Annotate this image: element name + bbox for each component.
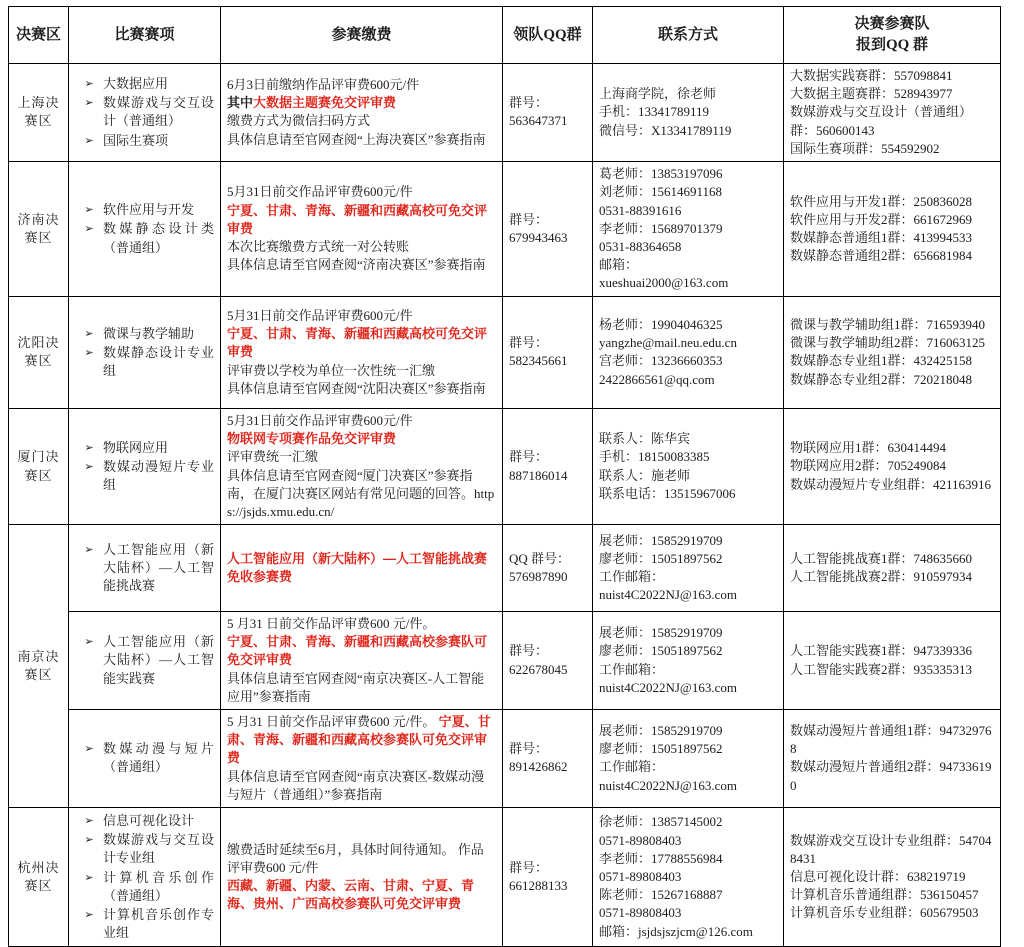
fee-text: 评审费以学校为单位一次性统一汇缴 bbox=[227, 363, 435, 378]
registration-groups-cell: 人工智能实践赛1群：947339336人工智能实践赛2群：935335313 bbox=[784, 612, 1001, 710]
arrow-bullet-icon: ➢ bbox=[75, 740, 103, 758]
text-line: 上海商学院，徐老师 bbox=[599, 85, 777, 103]
text-line: 国际生赛项群：554592902 bbox=[790, 140, 994, 158]
event-item: ➢数媒游戏与交互设计专业组 bbox=[75, 831, 214, 867]
event-item: ➢微课与教学辅助 bbox=[75, 325, 214, 343]
qq-group-cell: 群号：582345661 bbox=[503, 296, 593, 408]
fee-paragraph: 5 月31 日前交作品评审费600 元/件。 bbox=[227, 615, 496, 633]
table-row: 上海决赛区➢大数据应用➢数媒游戏与交互设计（普通组）➢国际生赛项6月3日前缴纳作… bbox=[9, 64, 1001, 162]
fee-paragraph: 宁夏、甘肃、青海、新疆和西藏高校参赛队可免交评审费 bbox=[227, 633, 496, 669]
event-label: 物联网应用 bbox=[103, 439, 214, 457]
arrow-bullet-icon: ➢ bbox=[75, 831, 103, 849]
text-line: 计算机音乐专业组群：605679503 bbox=[790, 904, 994, 922]
text-line: 群号： bbox=[509, 448, 586, 466]
arrow-bullet-icon: ➢ bbox=[75, 94, 103, 112]
fee-highlight-text: 西藏、新疆、内蒙、云南、甘肃、宁夏、青海、贵州、广西高校参赛队可免交评审费 bbox=[227, 878, 474, 911]
fee-text: 评审费统一汇缴 bbox=[227, 449, 318, 464]
arrow-bullet-icon: ➢ bbox=[75, 325, 103, 343]
fee-text: 其中 bbox=[227, 95, 253, 110]
fee-cell: 人工智能应用（新大陆杯）—人工智能挑战赛免收参赛费 bbox=[221, 525, 503, 612]
col-header-qq: 领队QQ群 bbox=[503, 7, 593, 64]
text-line: 679943463 bbox=[509, 229, 586, 247]
text-line: yangzhe@mail.neu.edu.cn bbox=[599, 334, 777, 352]
fee-text: 5 月31 日前交作品评审费600 元/件。 bbox=[227, 714, 439, 729]
text-line: 刘老师：15614691168 bbox=[599, 183, 777, 201]
fee-text: 5月31日前交作品评审费600元/件 bbox=[227, 413, 413, 428]
text-line: 工作邮箱： bbox=[599, 661, 777, 679]
text-line: nuist4C2022NJ@163.com bbox=[599, 777, 777, 795]
registration-groups-cell: 微课与教学辅助组1群：716593940微课与教学辅助组2群：716063125… bbox=[784, 296, 1001, 408]
fee-paragraph: 缴费方式为微信扫码方式 bbox=[227, 112, 496, 130]
qq-group-cell: 群号：891426862 bbox=[503, 710, 593, 808]
text-line: 信息可视化设计群：638219719 bbox=[790, 868, 994, 886]
text-line: 891426862 bbox=[509, 758, 586, 776]
text-line: 邮箱： bbox=[599, 256, 777, 274]
header-row: 决赛区 比赛赛项 参赛缴费 领队QQ群 联系方式 决赛参赛队 报到QQ 群 bbox=[9, 7, 1001, 64]
fee-paragraph: 具体信息请至官网查阅“厦门决赛区”参赛指南，在厦门决赛区网站有常见问题的回答。h… bbox=[227, 467, 496, 522]
event-label: 信息可视化设计 bbox=[103, 812, 214, 830]
fee-paragraph: 5月31日前交作品评审费600元/件 bbox=[227, 307, 496, 325]
text-line: 大数据主题赛群：528943977 bbox=[790, 85, 994, 103]
event-item: ➢数媒游戏与交互设计（普通组） bbox=[75, 94, 214, 130]
text-line: 数媒动漫短片普通组2群：947336190 bbox=[790, 758, 994, 794]
qq-group-cell: QQ 群号：576987890 bbox=[503, 525, 593, 612]
qq-group-cell: 群号：622678045 bbox=[503, 612, 593, 710]
fee-text: 本次比赛缴费方式统一对公转账 bbox=[227, 239, 409, 254]
fee-paragraph: 5月31日前交作品评审费600元/件 bbox=[227, 183, 496, 201]
events-cell: ➢大数据应用➢数媒游戏与交互设计（普通组）➢国际生赛项 bbox=[69, 64, 221, 162]
fee-cell: 6月3日前缴纳作品评审费600元/件其中大数据主题赛免交评审费缴费方式为微信扫码… bbox=[221, 64, 503, 162]
fee-paragraph: 西藏、新疆、内蒙、云南、甘肃、宁夏、青海、贵州、广西高校参赛队可免交评审费 bbox=[227, 877, 496, 913]
text-line: 887186014 bbox=[509, 467, 586, 485]
fee-cell: 缴费适时延续至6月，具体时间待通知。 作品评审费600 元/件西藏、新疆、内蒙、… bbox=[221, 807, 503, 935]
fee-paragraph: 宁夏、甘肃、青海、新疆和西藏高校可免交评审费 bbox=[227, 325, 496, 361]
event-label: 人工智能应用（新大陆杯）—人工智能实践赛 bbox=[103, 633, 214, 688]
text-line: 廖老师：15051897562 bbox=[599, 550, 777, 568]
text-line: 物联网应用2群：705249084 bbox=[790, 457, 994, 475]
fee-text: 5月31日前交作品评审费600元/件 bbox=[227, 184, 413, 199]
text-line: 563647371 bbox=[509, 112, 586, 130]
registration-groups-cell: 数媒游戏交互设计专业组群：547048431信息可视化设计群：638219719… bbox=[784, 807, 1001, 935]
document-sheet: 决赛区 比赛赛项 参赛缴费 领队QQ群 联系方式 决赛参赛队 报到QQ 群 上海… bbox=[8, 6, 1001, 935]
text-line: 廖老师：15051897562 bbox=[599, 642, 777, 660]
fee-cell: 5月31日前交作品评审费600元/件宁夏、甘肃、青海、新疆和西藏高校可免交评审费… bbox=[221, 296, 503, 408]
arrow-bullet-icon: ➢ bbox=[75, 633, 103, 651]
fee-text: 具体信息请至官网查阅“济南决赛区”参赛指南 bbox=[227, 257, 486, 272]
col-header-groups: 决赛参赛队 报到QQ 群 bbox=[784, 7, 1001, 64]
text-line: 576987890 bbox=[509, 568, 586, 586]
fee-highlight-text: 人工智能应用（新大陆杯）—人工智能挑战赛免收参赛费 bbox=[227, 551, 487, 584]
fee-paragraph: 本次比赛缴费方式统一对公转账 bbox=[227, 238, 496, 256]
registration-groups-cell: 大数据实践赛群：557098841大数据主题赛群：528943977数媒游戏与交… bbox=[784, 64, 1001, 162]
text-line: 李老师：15689701379 bbox=[599, 220, 777, 238]
event-label: 数媒动漫短片专业组 bbox=[103, 458, 214, 494]
text-line: 群号： bbox=[509, 740, 586, 758]
text-line: 0531-88391616 bbox=[599, 202, 777, 220]
fee-text: 缴费方式为微信扫码方式 bbox=[227, 113, 370, 128]
text-line: 群号： bbox=[509, 859, 586, 877]
fee-highlight-text: 宁夏、甘肃、青海、新疆和西藏高校可免交评审费 bbox=[227, 203, 487, 236]
table-row: 杭州决赛区➢信息可视化设计➢数媒游戏与交互设计专业组➢计算机音乐创作（普通组）➢… bbox=[9, 807, 1001, 935]
text-line: 2422866561@qq.com bbox=[599, 371, 777, 389]
text-line: 数媒静态普通组1群：413994533 bbox=[790, 229, 994, 247]
contact-cell: 展老师：15852919709廖老师：15051897562工作邮箱：nuist… bbox=[593, 612, 784, 710]
event-item: ➢数媒静态设计专业组 bbox=[75, 344, 214, 380]
text-line: 数媒游戏与交互设计（普通组）群：560600143 bbox=[790, 103, 994, 139]
event-item: ➢数媒动漫与短片（普通组） bbox=[75, 740, 214, 776]
text-line: 群号： bbox=[509, 94, 586, 112]
text-line: 数媒动漫短片专业组群：421163916 bbox=[790, 476, 994, 494]
text-line: 群号： bbox=[509, 642, 586, 660]
region-cell: 厦门决赛区 bbox=[9, 408, 69, 524]
text-line: 软件应用与开发1群：250836028 bbox=[790, 193, 994, 211]
arrow-bullet-icon: ➢ bbox=[75, 869, 103, 887]
contact-cell: 联系人：陈华宾手机：18150083385联系人：施老师联系电话：1351596… bbox=[593, 408, 784, 524]
text-line: 联系人：陈华宾 bbox=[599, 430, 777, 448]
fee-text: 具体信息请至官网查阅“南京决赛区-数媒动漫与短片（普通组）”参赛指南 bbox=[227, 769, 484, 802]
text-line: 展老师：15852919709 bbox=[599, 624, 777, 642]
text-line: xueshuai2000@163.com bbox=[599, 274, 777, 292]
text-line: 软件应用与开发2群：661672969 bbox=[790, 211, 994, 229]
qq-group-cell: 群号：887186014 bbox=[503, 408, 593, 524]
fee-paragraph: 5月31日前交作品评审费600元/件 bbox=[227, 412, 496, 430]
event-item: ➢计算机音乐创作专业组 bbox=[75, 906, 214, 935]
text-line: 微课与教学辅助组2群：716063125 bbox=[790, 334, 994, 352]
fee-highlight-text: 宁夏、甘肃、青海、新疆和西藏高校可免交评审费 bbox=[227, 326, 487, 359]
finals-region-table: 决赛区 比赛赛项 参赛缴费 领队QQ群 联系方式 决赛参赛队 报到QQ 群 上海… bbox=[8, 6, 1001, 935]
fee-text: 具体信息请至官网查阅“上海决赛区”参赛指南 bbox=[227, 132, 486, 147]
event-label: 数媒游戏与交互设计专业组 bbox=[103, 831, 214, 867]
events-cell: ➢物联网应用➢数媒动漫短片专业组 bbox=[69, 408, 221, 524]
fee-paragraph: 5 月31 日前交作品评审费600 元/件。 宁夏、甘肃、青海、新疆和西藏高校参… bbox=[227, 713, 496, 768]
text-line: 人工智能实践赛2群：935335313 bbox=[790, 661, 994, 679]
arrow-bullet-icon: ➢ bbox=[75, 75, 103, 93]
text-line: 大数据实践赛群：557098841 bbox=[790, 67, 994, 85]
table-row: ➢数媒动漫与短片（普通组）5 月31 日前交作品评审费600 元/件。 宁夏、甘… bbox=[9, 710, 1001, 808]
event-label: 计算机音乐创作专业组 bbox=[103, 906, 214, 935]
arrow-bullet-icon: ➢ bbox=[75, 812, 103, 830]
registration-groups-cell: 人工智能挑战赛1群：748635660人工智能挑战赛2群：910597934 bbox=[784, 525, 1001, 612]
fee-paragraph: 具体信息请至官网查阅“济南决赛区”参赛指南 bbox=[227, 256, 496, 274]
fee-paragraph: 缴费适时延续至6月，具体时间待通知。 作品评审费600 元/件 bbox=[227, 841, 496, 877]
text-line: 0571-89808403 bbox=[599, 868, 777, 886]
text-line: 廖老师：15051897562 bbox=[599, 740, 777, 758]
event-item: ➢数媒静态设计类（普通组） bbox=[75, 220, 214, 256]
events-cell: ➢人工智能应用（新大陆杯）—人工智能实践赛 bbox=[69, 612, 221, 710]
col-header-fee: 参赛缴费 bbox=[221, 7, 503, 64]
text-line: 数媒动漫短片普通组1群：947329768 bbox=[790, 722, 994, 758]
text-line: 582345661 bbox=[509, 352, 586, 370]
text-line: 群号： bbox=[509, 211, 586, 229]
events-cell: ➢人工智能应用（新大陆杯）—人工智能挑战赛 bbox=[69, 525, 221, 612]
table-row: 沈阳决赛区➢微课与教学辅助➢数媒静态设计专业组5月31日前交作品评审费600元/… bbox=[9, 296, 1001, 408]
fee-cell: 5月31日前交作品评审费600元/件物联网专项赛作品免交评审费评审费统一汇缴具体… bbox=[221, 408, 503, 524]
text-line: 邮箱：jsjdsjszjcm@126.com bbox=[599, 923, 777, 935]
text-line: 数媒游戏交互设计专业组群：547048431 bbox=[790, 832, 994, 868]
contact-cell: 徐老师：138571450020571-89808403李老师：17788556… bbox=[593, 807, 784, 935]
fee-paragraph: 其中大数据主题赛免交评审费 bbox=[227, 94, 496, 112]
events-cell: ➢数媒动漫与短片（普通组） bbox=[69, 710, 221, 808]
fee-paragraph: 评审费以学校为单位一次性统一汇缴 bbox=[227, 362, 496, 380]
text-line: 数媒静态专业组1群：432425158 bbox=[790, 352, 994, 370]
arrow-bullet-icon: ➢ bbox=[75, 132, 103, 150]
text-line: 人工智能挑战赛1群：748635660 bbox=[790, 550, 994, 568]
text-line: nuist4C2022NJ@163.com bbox=[599, 586, 777, 604]
text-line: 群号： bbox=[509, 334, 586, 352]
text-line: 622678045 bbox=[509, 661, 586, 679]
event-label: 人工智能应用（新大陆杯）—人工智能挑战赛 bbox=[103, 541, 214, 596]
text-line: 0571-89808403 bbox=[599, 832, 777, 850]
fee-text: 具体信息请至官网查阅“南京决赛区-人工智能应用”参赛指南 bbox=[227, 671, 484, 704]
events-cell: ➢信息可视化设计➢数媒游戏与交互设计专业组➢计算机音乐创作（普通组）➢计算机音乐… bbox=[69, 807, 221, 935]
text-line: 0531-88364658 bbox=[599, 238, 777, 256]
text-line: 人工智能实践赛1群：947339336 bbox=[790, 642, 994, 660]
registration-groups-cell: 物联网应用1群：630414494物联网应用2群：705249084数媒动漫短片… bbox=[784, 408, 1001, 524]
text-line: 宫老师：13236660353 bbox=[599, 352, 777, 370]
text-line: 微信号：X13341789119 bbox=[599, 122, 777, 140]
fee-paragraph: 6月3日前缴纳作品评审费600元/件 bbox=[227, 76, 496, 94]
arrow-bullet-icon: ➢ bbox=[75, 344, 103, 362]
text-line: 计算机音乐普通组群：536150457 bbox=[790, 886, 994, 904]
text-line: 数媒静态专业组2群：720218048 bbox=[790, 371, 994, 389]
fee-cell: 5月31日前交作品评审费600元/件宁夏、甘肃、青海、新疆和西藏高校可免交评审费… bbox=[221, 161, 503, 296]
region-cell: 沈阳决赛区 bbox=[9, 296, 69, 408]
fee-cell: 5 月31 日前交作品评审费600 元/件。宁夏、甘肃、青海、新疆和西藏高校参赛… bbox=[221, 612, 503, 710]
event-label: 数媒动漫与短片（普通组） bbox=[103, 740, 214, 776]
text-line: 0571-89808403 bbox=[599, 904, 777, 922]
fee-text: 具体信息请至官网查阅“沈阳决赛区”参赛指南 bbox=[227, 381, 486, 396]
registration-groups-cell: 软件应用与开发1群：250836028软件应用与开发2群：661672969数媒… bbox=[784, 161, 1001, 296]
event-label: 软件应用与开发 bbox=[103, 201, 214, 219]
event-label: 微课与教学辅助 bbox=[103, 325, 214, 343]
fee-text: 具体信息请至官网查阅“厦门决赛区”参赛指南，在厦门决赛区网站有常见问题的回答。h… bbox=[227, 468, 494, 519]
text-line: 物联网应用1群：630414494 bbox=[790, 439, 994, 457]
arrow-bullet-icon: ➢ bbox=[75, 439, 103, 457]
text-line: 展老师：15852919709 bbox=[599, 722, 777, 740]
event-label: 计算机音乐创作（普通组） bbox=[103, 869, 214, 905]
fee-paragraph: 具体信息请至官网查阅“上海决赛区”参赛指南 bbox=[227, 131, 496, 149]
fee-highlight-text: 大数据主题赛免交评审费 bbox=[253, 95, 396, 110]
fee-paragraph: 物联网专项赛作品免交评审费 bbox=[227, 430, 496, 448]
text-line: nuist4C2022NJ@163.com bbox=[599, 679, 777, 697]
arrow-bullet-icon: ➢ bbox=[75, 906, 103, 924]
text-line: 葛老师：13853197096 bbox=[599, 165, 777, 183]
col-header-region: 决赛区 bbox=[9, 7, 69, 64]
text-line: 联系人：施老师 bbox=[599, 467, 777, 485]
qq-group-cell: 群号：563647371 bbox=[503, 64, 593, 162]
fee-text: 6月3日前缴纳作品评审费600元/件 bbox=[227, 77, 419, 92]
text-line: 陈老师：15267168887 bbox=[599, 886, 777, 904]
region-cell: 杭州决赛区 bbox=[9, 807, 69, 935]
table-row: 厦门决赛区➢物联网应用➢数媒动漫短片专业组5月31日前交作品评审费600元/件物… bbox=[9, 408, 1001, 524]
fee-paragraph: 宁夏、甘肃、青海、新疆和西藏高校可免交评审费 bbox=[227, 202, 496, 238]
event-item: ➢人工智能应用（新大陆杯）—人工智能实践赛 bbox=[75, 633, 214, 688]
events-cell: ➢微课与教学辅助➢数媒静态设计专业组 bbox=[69, 296, 221, 408]
contact-cell: 展老师：15852919709廖老师：15051897562工作邮箱：nuist… bbox=[593, 525, 784, 612]
fee-text: 缴费适时延续至6月，具体时间待通知。 作品评审费600 元/件 bbox=[227, 842, 484, 875]
events-cell: ➢软件应用与开发➢数媒静态设计类（普通组） bbox=[69, 161, 221, 296]
arrow-bullet-icon: ➢ bbox=[75, 201, 103, 219]
contact-cell: 葛老师：13853197096刘老师：156146911680531-88391… bbox=[593, 161, 784, 296]
region-cell: 上海决赛区 bbox=[9, 64, 69, 162]
fee-paragraph: 具体信息请至官网查阅“南京决赛区-人工智能应用”参赛指南 bbox=[227, 670, 496, 706]
event-label: 数媒静态设计类（普通组） bbox=[103, 220, 214, 256]
region-cell: 南京决赛区 bbox=[9, 525, 69, 808]
arrow-bullet-icon: ➢ bbox=[75, 458, 103, 476]
table-row: 济南决赛区➢软件应用与开发➢数媒静态设计类（普通组）5月31日前交作品评审费60… bbox=[9, 161, 1001, 296]
qq-group-cell: 群号：661288133 bbox=[503, 807, 593, 935]
fee-paragraph: 具体信息请至官网查阅“南京决赛区-数媒动漫与短片（普通组）”参赛指南 bbox=[227, 768, 496, 804]
event-item: ➢数媒动漫短片专业组 bbox=[75, 458, 214, 494]
event-item: ➢计算机音乐创作（普通组） bbox=[75, 869, 214, 905]
event-label: 数媒游戏与交互设计（普通组） bbox=[103, 94, 214, 130]
fee-cell: 5 月31 日前交作品评审费600 元/件。 宁夏、甘肃、青海、新疆和西藏高校参… bbox=[221, 710, 503, 808]
text-line: 数媒静态普通组2群：656681984 bbox=[790, 247, 994, 265]
fee-paragraph: 人工智能应用（新大陆杯）—人工智能挑战赛免收参赛费 bbox=[227, 550, 496, 586]
arrow-bullet-icon: ➢ bbox=[75, 541, 103, 559]
text-line: 手机：18150083385 bbox=[599, 448, 777, 466]
text-line: 手机：13341789119 bbox=[599, 103, 777, 121]
contact-cell: 展老师：15852919709廖老师：15051897562工作邮箱：nuist… bbox=[593, 710, 784, 808]
text-line: 杨老师：19904046325 bbox=[599, 316, 777, 334]
col-header-contact: 联系方式 bbox=[593, 7, 784, 64]
event-label: 大数据应用 bbox=[103, 75, 214, 93]
text-line: QQ 群号： bbox=[509, 550, 586, 568]
event-item: ➢国际生赛项 bbox=[75, 132, 214, 150]
fee-text: 5月31日前交作品评审费600元/件 bbox=[227, 308, 413, 323]
event-item: ➢人工智能应用（新大陆杯）—人工智能挑战赛 bbox=[75, 541, 214, 596]
qq-group-cell: 群号：679943463 bbox=[503, 161, 593, 296]
fee-text: 5 月31 日前交作品评审费600 元/件。 bbox=[227, 616, 435, 631]
event-label: 数媒静态设计专业组 bbox=[103, 344, 214, 380]
text-line: 工作邮箱： bbox=[599, 568, 777, 586]
table-body: 上海决赛区➢大数据应用➢数媒游戏与交互设计（普通组）➢国际生赛项6月3日前缴纳作… bbox=[9, 64, 1001, 936]
text-line: 李老师：17788556984 bbox=[599, 850, 777, 868]
region-cell: 济南决赛区 bbox=[9, 161, 69, 296]
contact-cell: 杨老师：19904046325yangzhe@mail.neu.edu.cn宫老… bbox=[593, 296, 784, 408]
fee-highlight-text: 物联网专项赛作品免交评审费 bbox=[227, 431, 396, 446]
table-row: 南京决赛区➢人工智能应用（新大陆杯）—人工智能挑战赛人工智能应用（新大陆杯）—人… bbox=[9, 525, 1001, 612]
text-line: 展老师：15852919709 bbox=[599, 532, 777, 550]
fee-paragraph: 评审费统一汇缴 bbox=[227, 448, 496, 466]
table-row: ➢人工智能应用（新大陆杯）—人工智能实践赛5 月31 日前交作品评审费600 元… bbox=[9, 612, 1001, 710]
event-item: ➢物联网应用 bbox=[75, 439, 214, 457]
text-line: 联系电话：13515967006 bbox=[599, 485, 777, 503]
contact-cell: 上海商学院，徐老师手机：13341789119微信号：X13341789119 bbox=[593, 64, 784, 162]
registration-groups-cell: 数媒动漫短片普通组1群：947329768数媒动漫短片普通组2群：9473361… bbox=[784, 710, 1001, 808]
event-item: ➢信息可视化设计 bbox=[75, 812, 214, 830]
event-label: 国际生赛项 bbox=[103, 132, 214, 150]
fee-paragraph: 具体信息请至官网查阅“沈阳决赛区”参赛指南 bbox=[227, 380, 496, 398]
fee-highlight-text: 宁夏、甘肃、青海、新疆和西藏高校参赛队可免交评审费 bbox=[227, 634, 487, 667]
text-line: 微课与教学辅助组1群：716593940 bbox=[790, 316, 994, 334]
text-line: 工作邮箱： bbox=[599, 758, 777, 776]
event-item: ➢软件应用与开发 bbox=[75, 201, 214, 219]
text-line: 徐老师：13857145002 bbox=[599, 813, 777, 831]
arrow-bullet-icon: ➢ bbox=[75, 220, 103, 238]
event-item: ➢大数据应用 bbox=[75, 75, 214, 93]
text-line: 661288133 bbox=[509, 877, 586, 895]
col-header-events: 比赛赛项 bbox=[69, 7, 221, 64]
text-line: 人工智能挑战赛2群：910597934 bbox=[790, 568, 994, 586]
